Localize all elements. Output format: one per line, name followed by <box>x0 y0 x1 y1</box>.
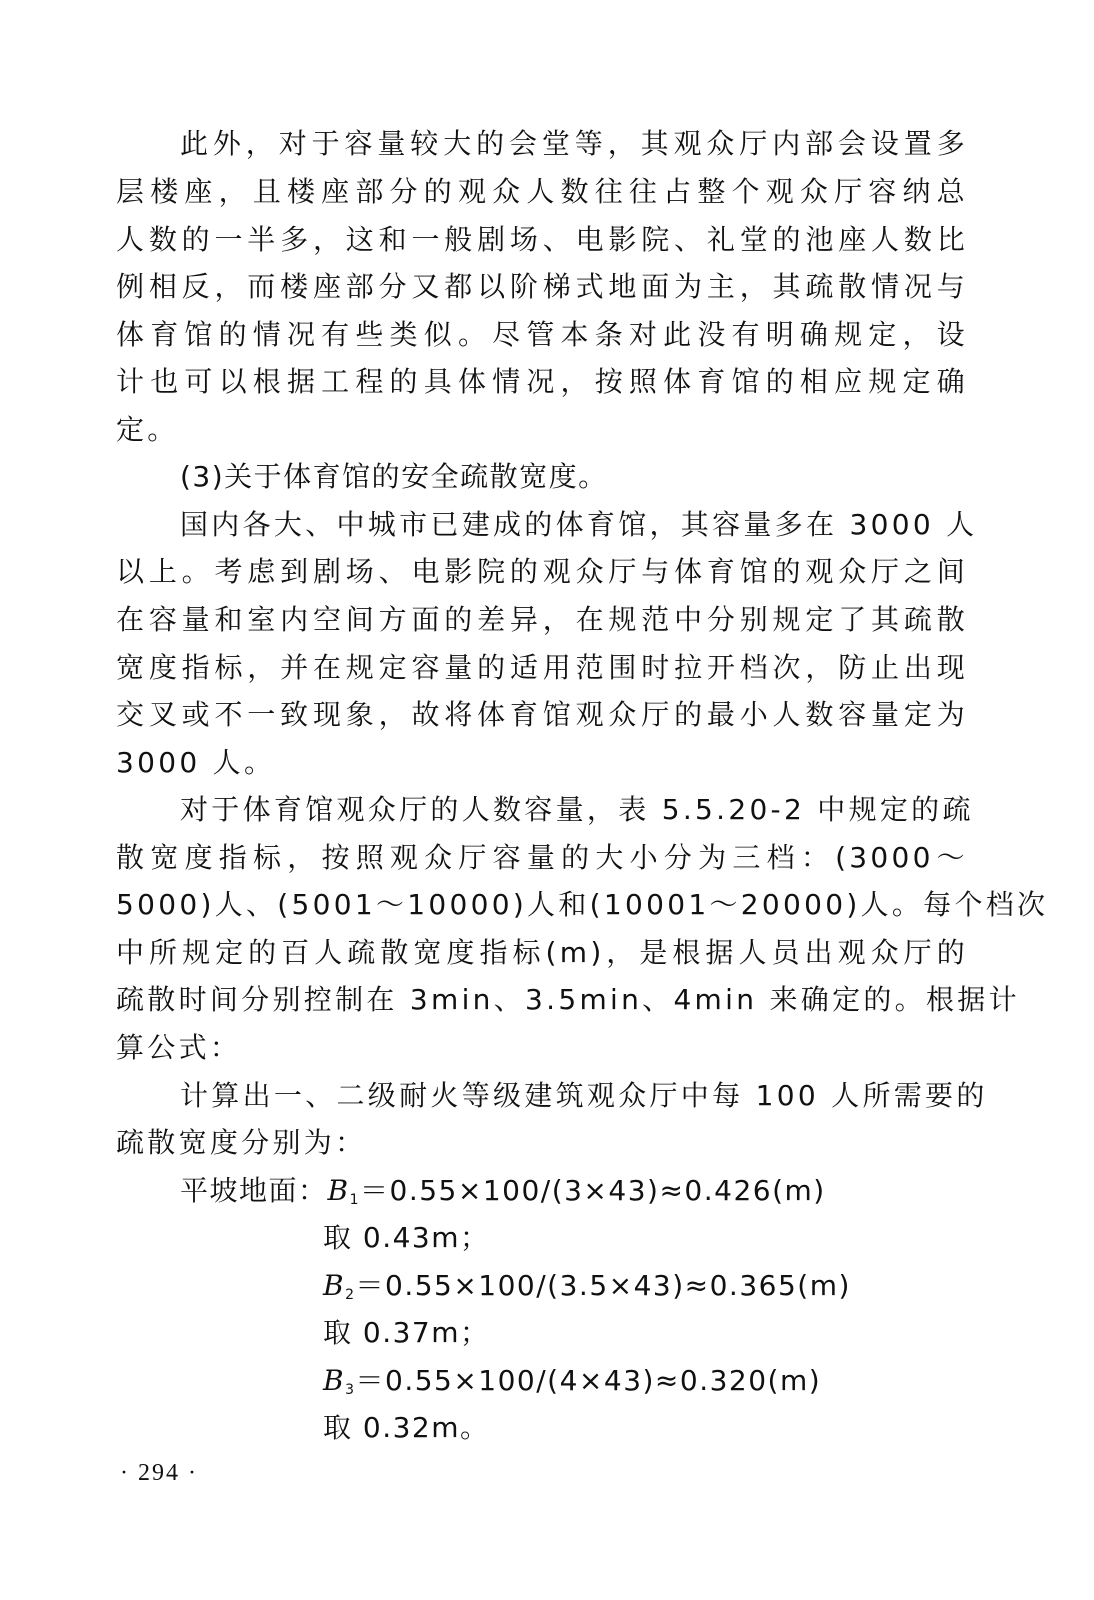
formula-variable: B <box>323 1364 345 1397</box>
formula-expression: ＝0.55×100/(3×43)≈0.426(m) <box>360 1174 826 1207</box>
paragraph-line: 此外，对于容量较大的会堂等，其观众厅内部会设置多 <box>180 124 968 164</box>
formula-subscript: 3 <box>345 1382 355 1398</box>
paragraph-line: 例相反，而楼座部分又都以阶梯式地面为主，其疏散情况与 <box>116 267 968 307</box>
paragraph-line: 计算出一、二级耐火等级建筑观众厅中每 100 人所需要的 <box>180 1076 968 1116</box>
page-number: · 294 · <box>120 1458 198 1488</box>
paragraph-line: 以上。考虑到剧场、电影院的观众厅与体育馆的观众厅之间 <box>116 552 968 592</box>
paragraph-line: 层楼座，且楼座部分的观众人数往往占整个观众厅容纳总 <box>116 172 968 212</box>
paragraph-line: 3000 人。 <box>116 743 968 783</box>
formula-label: 平坡地面： <box>180 1174 328 1207</box>
paragraph-line: 交叉或不一致现象，故将体育馆观众厅的最小人数容量定为 <box>116 695 968 735</box>
formula-b1: 平坡地面：B1＝0.55×100/(3×43)≈0.426(m) <box>180 1171 826 1211</box>
paragraph-line: 疏散时间分别控制在 3min、3.5min、4min 来确定的。根据计 <box>116 980 968 1020</box>
formula-subscript: 1 <box>350 1192 360 1208</box>
paragraph-line: 体育馆的情况有些类似。尽管本条对此没有明确规定，设 <box>116 315 968 355</box>
paragraph-line: 定。 <box>116 410 968 450</box>
formula-subscript: 2 <box>345 1287 355 1303</box>
paragraph-line: 宽度指标，并在规定容量的适用范围时拉开档次，防止出现 <box>116 648 968 688</box>
paragraph-line: 在容量和室内空间方面的差异，在规范中分别规定了其疏散 <box>116 600 968 640</box>
formula-b3-result: 取 0.32m。 <box>323 1408 490 1448</box>
paragraph-line: 国内各大、中城市已建成的体育馆，其容量多在 3000 人 <box>180 505 968 545</box>
paragraph-line: 计也可以根据工程的具体情况，按照体育馆的相应规定确 <box>116 362 968 402</box>
formula-b3: B3＝0.55×100/(4×43)≈0.320(m) <box>323 1361 821 1401</box>
section-heading: (3)关于体育馆的安全疏散宽度。 <box>180 457 608 497</box>
paragraph-line: 散宽度指标，按照观众厅容量的大小分为三档：(3000～ <box>116 838 968 878</box>
formula-expression: ＝0.55×100/(4×43)≈0.320(m) <box>356 1364 822 1397</box>
formula-b1-result: 取 0.43m； <box>323 1218 490 1258</box>
formula-variable: B <box>323 1269 345 1302</box>
formula-b2-result: 取 0.37m； <box>323 1313 490 1353</box>
paragraph-line: 算公式： <box>116 1028 968 1068</box>
formula-expression: ＝0.55×100/(3.5×43)≈0.365(m) <box>356 1269 851 1302</box>
formula-variable: B <box>328 1174 350 1207</box>
paragraph-line: 5000)人、(5001～10000)人和(10001～20000)人。每个档次 <box>116 885 968 925</box>
formula-b2: B2＝0.55×100/(3.5×43)≈0.365(m) <box>323 1266 851 1306</box>
paragraph-line: 对于体育馆观众厅的人数容量，表 5.5.20-2 中规定的疏 <box>180 790 968 830</box>
document-page: 此外，对于容量较大的会堂等，其观众厅内部会设置多 层楼座，且楼座部分的观众人数往… <box>0 0 1094 1600</box>
paragraph-line: 疏散宽度分别为： <box>116 1123 968 1163</box>
paragraph-line: 人数的一半多，这和一般剧场、电影院、礼堂的池座人数比 <box>116 220 968 260</box>
paragraph-line: 中所规定的百人疏散宽度指标(m)，是根据人员出观众厅的 <box>116 933 968 973</box>
